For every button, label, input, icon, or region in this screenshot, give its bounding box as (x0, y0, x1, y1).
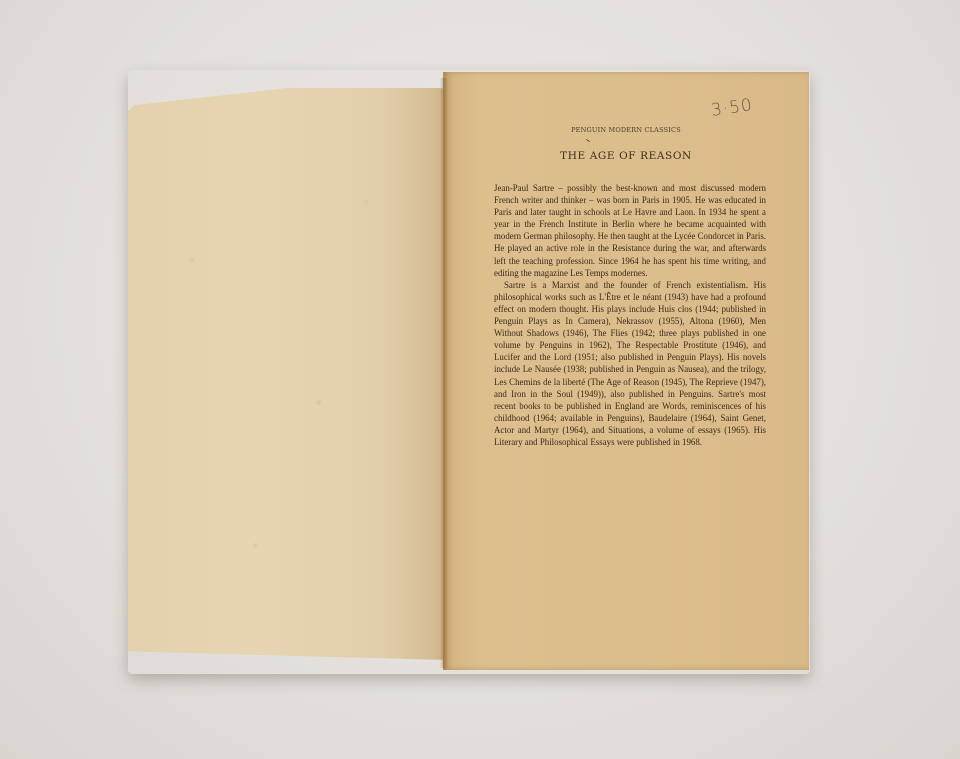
author-biography: Jean-Paul Sartre – possibly the best-kno… (494, 182, 766, 448)
bio-paragraph-2: Sartre is a Marxist and the founder of F… (494, 279, 766, 448)
photo-scene: 3·50 PENGUIN MODERN CLASSICS THE AGE OF … (0, 0, 960, 759)
series-heading: PENGUIN MODERN CLASSICS (443, 126, 809, 134)
book-title: THE AGE OF REASON (443, 150, 809, 162)
bio-paragraph-1: Jean-Paul Sartre – possibly the best-kno… (494, 182, 766, 279)
book-gutter (440, 78, 448, 668)
left-page-blank (128, 88, 446, 660)
